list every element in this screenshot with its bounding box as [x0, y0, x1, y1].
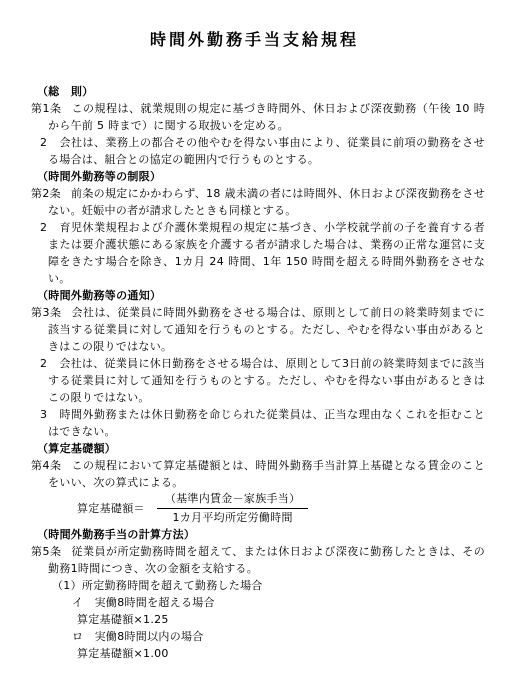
paragraph-text: 会社は、従業員に休日勤務をさせる場合は、原則として3日前の終業時刻までに該当する… — [48, 357, 485, 404]
paragraph-label: 第2条 — [31, 187, 61, 200]
paragraph-label: 3 — [40, 408, 47, 421]
paragraph-text: 算定基礎額×1.00 — [77, 647, 169, 660]
article-paragraph: 第2条前条の規定にかかわらず、18 歳未満の者には時間外、休日および深夜勤務をさ… — [31, 185, 485, 219]
sub-paragraph: 2会社は、従業員に休日勤務をさせる場合は、原則として3日前の終業時刻までに該当す… — [40, 355, 485, 406]
document-body: （総 則）第1条この規程は、就業規則の規定に基づき時間外、休日および深夜勤務（午… — [0, 83, 509, 662]
section-heading: （時間外勤務等の通知） — [37, 287, 485, 304]
sub-paragraph: 3時間外勤務または休日勤務を命じられた従業員は、正当な理由なくこれを拒むことはで… — [40, 406, 485, 440]
paragraph-text: （1）所定勤務時間を超えて勤務した場合 — [52, 579, 263, 592]
section-heading: （総 則） — [37, 83, 485, 100]
formula-lhs: 算定基礎額＝ — [77, 501, 145, 517]
item1-paragraph: （1）所定勤務時間を超えて勤務した場合 — [52, 577, 485, 594]
paragraph-text: 算定基礎額×1.25 — [77, 613, 169, 626]
article-paragraph: 第4条この規程において算定基礎額とは、時間外勤務手当計算上基礎となる賃金のことを… — [31, 457, 485, 491]
article-paragraph: 第3条会社は、従業員に時間外勤務をさせる場合は、原則として前日の終業時刻までに該… — [31, 304, 485, 355]
paragraph-label: 2 — [40, 136, 47, 149]
formula-numerator: （基準内賃金－家族手当） — [157, 491, 309, 509]
section-heading: （算定基礎額） — [37, 440, 485, 457]
paragraph-text: 会社は、業務上の都合その他やむを得ない事由により、従業員に前項の勤務をさせる場合… — [48, 136, 485, 166]
item2-paragraph: ロ 実働8時間以内の場合 — [72, 628, 485, 645]
article-paragraph: 第1条この規程は、就業規則の規定に基づき時間外、休日および深夜勤務（午後 10 … — [31, 100, 485, 134]
paragraph-text: 育児休業規程および介護休業規程の規定に基づき、小学校就学前の子を養育する者または… — [48, 221, 485, 285]
paragraph-text: 時間外勤務または休日勤務を命じられた従業員は、正当な理由なくこれを拒むことはでき… — [48, 408, 485, 438]
paragraph-text: 前条の規定にかかわらず、18 歳未満の者には時間外、休日および深夜勤務をさせない… — [48, 187, 485, 217]
section: （総 則）第1条この規程は、就業規則の規定に基づき時間外、休日および深夜勤務（午… — [31, 83, 485, 168]
paragraph-text: 会社は、従業員に時間外勤務をさせる場合は、原則として前日の終業時刻までに該当する… — [48, 306, 485, 353]
paragraph-label: 2 — [40, 357, 47, 370]
paragraph-text: ロ 実働8時間以内の場合 — [72, 630, 204, 643]
section-heading: （時間外勤務等の制限） — [37, 168, 485, 185]
item3-paragraph: 算定基礎額×1.00 — [77, 645, 485, 662]
paragraph-label: 第1条 — [31, 102, 62, 115]
paragraph-label: 2 — [40, 221, 47, 234]
section: （時間外勤務等の制限）第2条前条の規定にかかわらず、18 歳未満の者には時間外、… — [31, 168, 485, 287]
paragraph-text: この規程において算定基礎額とは、時間外勤務手当計算上基礎となる賃金のことをいい、… — [48, 459, 485, 489]
section-heading: （時間外勤務手当の計算方法） — [37, 526, 485, 543]
article-paragraph: 第5条従業員が所定勤務時間を超えて、または休日および深夜に勤務したときは、その勤… — [31, 543, 485, 577]
paragraph-label: 第5条 — [31, 545, 62, 558]
item3-paragraph: 算定基礎額×1.25 — [77, 611, 485, 628]
paragraph-label: 第4条 — [31, 459, 61, 472]
fraction: （基準内賃金－家族手当）1カ月平均所定労働時間 — [157, 491, 309, 526]
formula-denominator: 1カ月平均所定労働時間 — [157, 509, 309, 526]
section: （時間外勤務等の通知）第3条会社は、従業員に時間外勤務をさせる場合は、原則として… — [31, 287, 485, 440]
paragraph-text: イ 実働8時間を超える場合 — [72, 596, 215, 609]
document-page: 時間外勤務手当支給規程 （総 則）第1条この規程は、就業規則の規定に基づき時間外… — [0, 0, 509, 678]
sub-paragraph: 2会社は、業務上の都合その他やむを得ない事由により、従業員に前項の勤務をさせる場… — [40, 134, 485, 168]
paragraph-label: 第3条 — [31, 306, 61, 319]
formula: 算定基礎額＝（基準内賃金－家族手当）1カ月平均所定労働時間 — [77, 491, 485, 526]
section: （時間外勤務手当の計算方法）第5条従業員が所定勤務時間を超えて、または休日および… — [31, 526, 485, 662]
paragraph-text: この規程は、就業規則の規定に基づき時間外、休日および深夜勤務（午後 10 時から… — [48, 102, 485, 132]
item2-paragraph: イ 実働8時間を超える場合 — [72, 594, 485, 611]
sub-paragraph: 2育児休業規程および介護休業規程の規定に基づき、小学校就学前の子を養育する者また… — [40, 219, 485, 287]
document-title: 時間外勤務手当支給規程 — [0, 0, 509, 50]
paragraph-text: 従業員が所定勤務時間を超えて、または休日および深夜に勤務したときは、その勤務1時… — [48, 545, 485, 575]
section: （算定基礎額）第4条この規程において算定基礎額とは、時間外勤務手当計算上基礎とな… — [31, 440, 485, 526]
